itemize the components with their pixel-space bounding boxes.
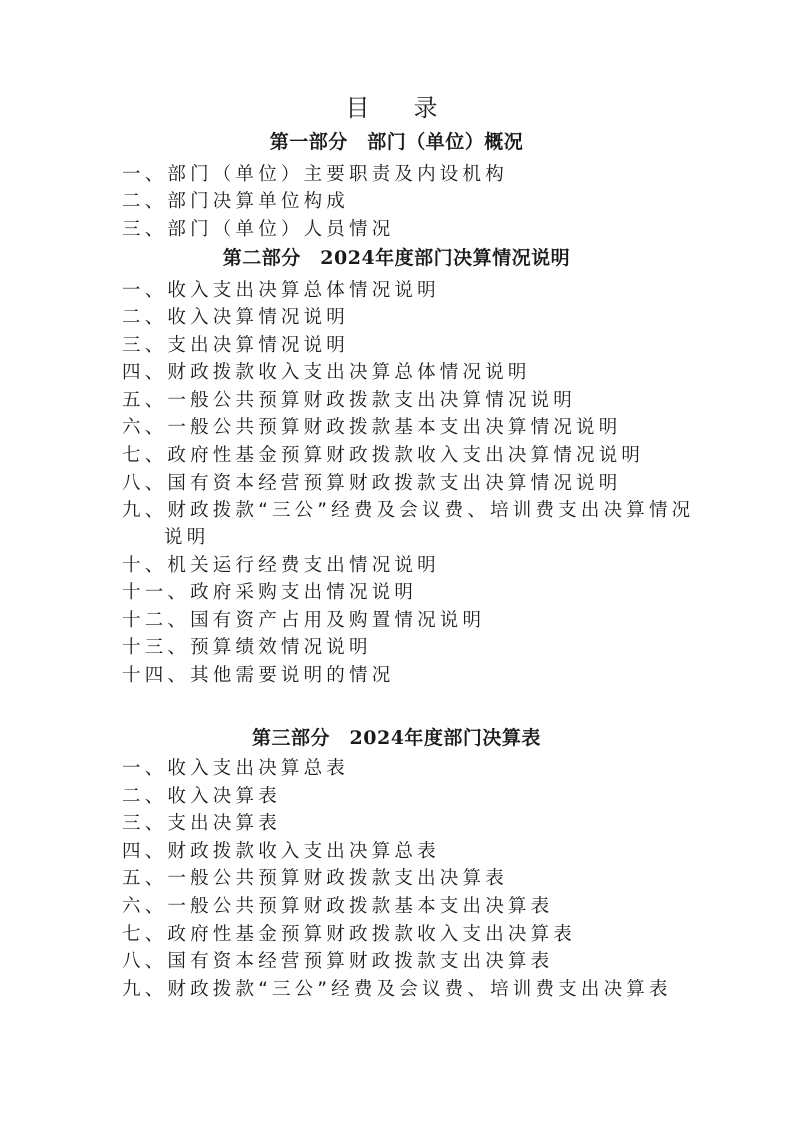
toc-item: 一、收入支出决算总表: [122, 755, 349, 782]
toc-title: 目 录: [0, 93, 793, 123]
toc-item: 一、部门（单位）主要职责及内设机构: [122, 161, 508, 188]
toc-item-continuation: 说明: [164, 524, 209, 551]
toc-item: 二、部门决算单位构成: [122, 188, 349, 215]
toc-item: 二、收入决算表: [122, 783, 281, 810]
toc-item: 四、财政拨款收入支出决算总体情况说明: [122, 359, 531, 386]
toc-item: 九、财政拨款“三公”经费及会议费、培训费支出决算情况: [122, 497, 694, 524]
toc-item: 十、机关运行经费支出情况说明: [122, 552, 440, 579]
toc-item: 九、财政拨款“三公”经费及会议费、培训费支出决算表: [122, 976, 672, 1003]
toc-item: 六、一般公共预算财政拨款基本支出决算情况说明: [122, 414, 621, 441]
part1-heading: 第一部分 部门（单位）概况: [0, 129, 793, 155]
toc-item: 二、收入决算情况说明: [122, 304, 349, 331]
toc-item: 十三、预算绩效情况说明: [122, 634, 372, 661]
part2-heading: 第二部分 2024年度部门决算情况说明: [0, 245, 793, 271]
part3-heading: 第三部分 2024年度部门决算表: [0, 725, 793, 751]
toc-page: 目 录 第一部分 部门（单位）概况 一、部门（单位）主要职责及内设机构 二、部门…: [0, 0, 793, 1122]
toc-item: 三、支出决算表: [122, 810, 281, 837]
toc-item: 八、国有资本经营预算财政拨款支出决算表: [122, 948, 553, 975]
toc-item: 七、政府性基金预算财政拨款收入支出决算表: [122, 921, 576, 948]
toc-item: 三、部门（单位）人员情况: [122, 216, 394, 243]
toc-item: 七、政府性基金预算财政拨款收入支出决算情况说明: [122, 442, 644, 469]
toc-item: 十一、政府采购支出情况说明: [122, 579, 417, 606]
toc-item: 十二、国有资产占用及购置情况说明: [122, 607, 485, 634]
toc-item: 一、收入支出决算总体情况说明: [122, 277, 440, 304]
toc-item: 八、国有资本经营预算财政拨款支出决算情况说明: [122, 470, 621, 497]
toc-item: 四、财政拨款收入支出决算总表: [122, 838, 440, 865]
toc-item: 三、支出决算情况说明: [122, 332, 349, 359]
toc-item: 五、一般公共预算财政拨款支出决算表: [122, 865, 508, 892]
toc-item: 六、一般公共预算财政拨款基本支出决算表: [122, 893, 553, 920]
toc-item: 十四、其他需要说明的情况: [122, 662, 394, 689]
toc-item: 五、一般公共预算财政拨款支出决算情况说明: [122, 387, 576, 414]
